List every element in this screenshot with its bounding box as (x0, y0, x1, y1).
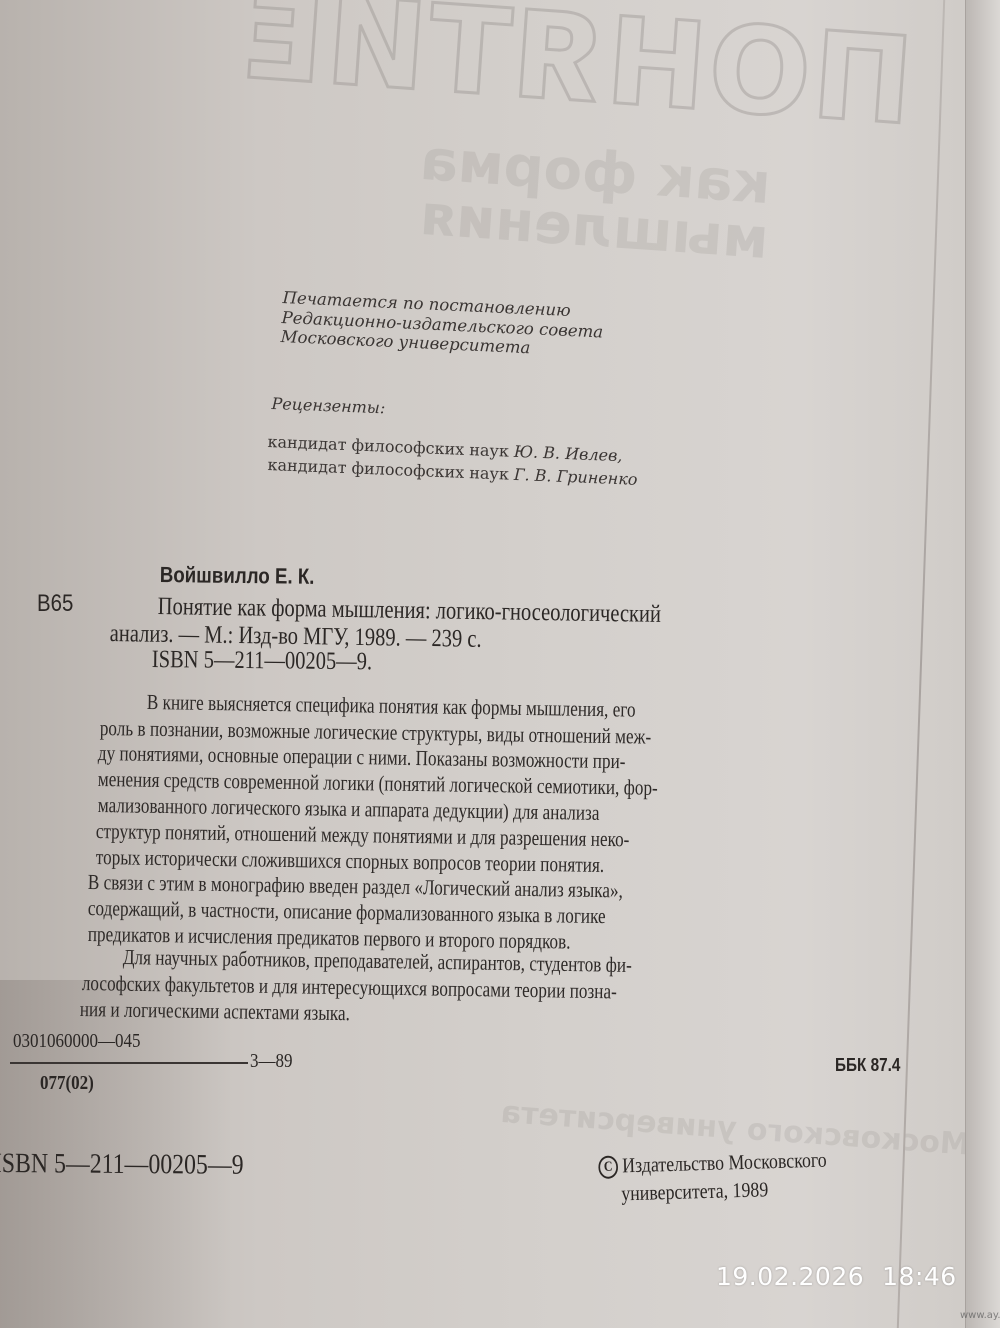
timestamp-time: 18:46 (882, 1262, 957, 1291)
reviewers-label: Рецензенты: (271, 394, 385, 417)
adjacent-page-edge (965, 0, 1000, 1328)
copyright-icon: C (598, 1155, 618, 1179)
bleed-through-title: ПОНЯТИЕ (236, 0, 918, 152)
bbk-code: ББК 87.4 (835, 1055, 900, 1076)
catalog-code: В65 (37, 590, 73, 618)
isbn: ISBN 5—211—00205—9 (0, 1148, 244, 1182)
timestamp-date: 19.02.2026 (716, 1262, 864, 1291)
classification-numerator: 0301060000—045 (13, 1030, 141, 1053)
book-page: ПОНЯТИЕ как форма мышления Печатается по… (0, 0, 965, 1328)
copyright-line: университета, 1989 (599, 1174, 828, 1208)
imprimatur: Печатается по постановлению Редакционно-… (280, 288, 604, 361)
classification-denominator: 077(02) (40, 1072, 94, 1095)
copyright-line: Издательство Московского (622, 1148, 827, 1178)
classification-suffix: 3—89 (250, 1050, 293, 1073)
reviewer-name: Г. В. Гриненко (514, 465, 638, 489)
reviewer-name: Ю. В. Ивлев, (514, 442, 623, 465)
fraction-bar (10, 1062, 248, 1064)
bibliographic-isbn: ISBN 5—211—00205—9. (152, 646, 372, 676)
abstract-line: ния и логическими аспектами языка. (80, 997, 351, 1026)
reviewer-title: кандидат философских наук (267, 455, 509, 484)
copyright: CИздательство Московского университета, … (598, 1146, 828, 1208)
photo-timestamp: 19.02.202618:46 (716, 1262, 957, 1291)
author-name: Войшвилло Е. К. (160, 562, 315, 590)
watermark: www.ay.by (960, 1310, 1000, 1321)
